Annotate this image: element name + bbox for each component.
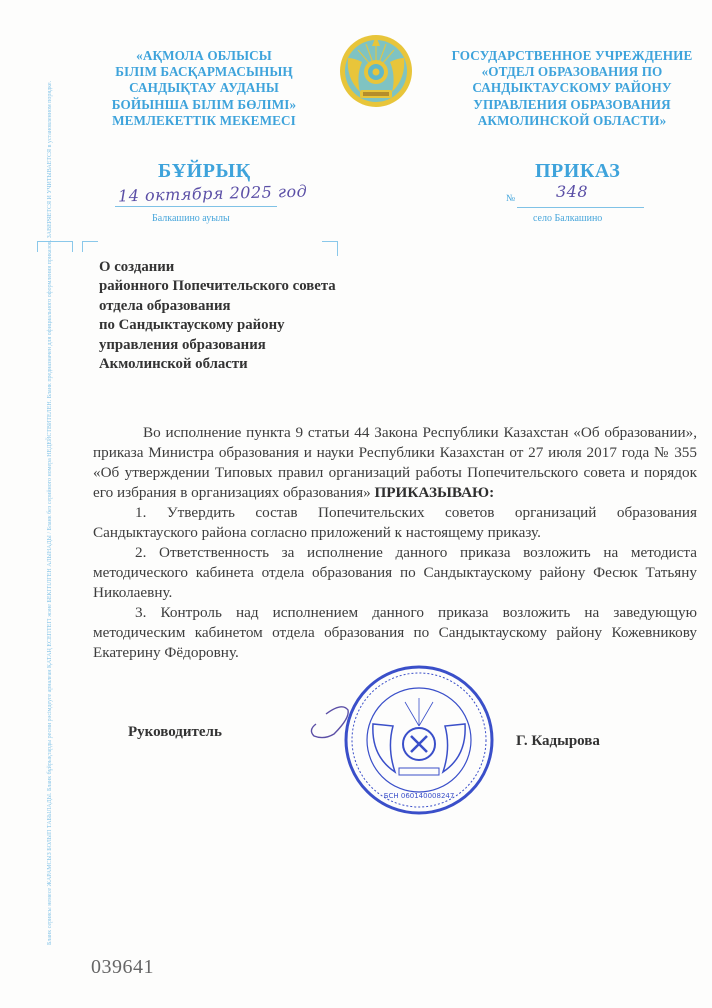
signer-title: Руководитель [128,724,222,741]
date-underline [115,206,277,207]
corner-mark [82,241,98,252]
subject-line: управления образования [99,336,336,355]
order-word: ПРИКАЗЫВАЮ: [374,484,494,501]
blank-form-margin-text: Бланк сериясы немесе ЖАРАМСЫЗ БОЛЫП ТАБЫ… [46,255,54,945]
order-date: 14 октября 2025 год [118,182,308,206]
state-emblem-icon [338,28,414,114]
header-kazakh-org-name: «АҚМОЛА ОБЛЫСЫ БІЛІМ БАСҚАРМАСЫНЫҢ САНДЫ… [96,48,312,129]
header-russian-org-name: ГОСУДАРСТВЕННОЕ УЧРЕЖДЕНИЕ «ОТДЕЛ ОБРАЗО… [436,48,708,129]
place-russian: село Балкашино [533,213,602,224]
order-number: 348 [556,182,588,201]
order-item: 3. Контроль над исполнением данного прик… [93,603,697,663]
header-left-line: БІЛІМ БАСҚАРМАСЫНЫҢ [96,64,312,80]
header-left-line: МЕМЛЕКЕТТІК МЕКЕМЕСІ [96,113,312,129]
handwritten-signature-icon [306,700,366,750]
order-item: 1. Утвердить состав Попечительских совет… [93,503,697,543]
seal-bin: БСН 060140008247 [384,792,455,800]
header-left-line: «АҚМОЛА ОБЛЫСЫ [96,48,312,64]
place-kazakh: Балкашино ауылы [152,213,230,224]
preamble-paragraph: Во исполнение пункта 9 статьи 44 Закона … [93,423,697,503]
subject-line: районного Попечительского совета [99,277,336,296]
header-right-line: УПРАВЛЕНИЯ ОБРАЗОВАНИЯ [436,97,708,113]
subject-line: отдела образования [99,297,336,316]
order-subject: О создании районного Попечительского сов… [99,258,336,374]
header-right-line: САНДЫКТАУСКОМУ РАЙОНУ [436,80,708,96]
header-left-line: БОЙЫНША БІЛІМ БӨЛІМІ» [96,97,312,113]
header-right-line: ГОСУДАРСТВЕННОЕ УЧРЕЖДЕНИЕ [436,48,708,64]
signer-name: Г. Кадырова [516,733,600,750]
corner-mark [322,241,338,256]
order-body: Во исполнение пункта 9 статьи 44 Закона … [93,423,697,663]
subject-line: Акмолинской области [99,355,336,374]
order-number-label: № [506,194,515,204]
order-title-kazakh: БҰЙРЫҚ [158,160,251,183]
number-underline [517,207,644,208]
header-right-line: «ОТДЕЛ ОБРАЗОВАНИЯ ПО [436,64,708,80]
header-right-line: АКМОЛИНСКОЙ ОБЛАСТИ» [436,113,708,129]
subject-line: по Сандыктаускому району [99,316,336,335]
order-item: 2. Ответственность за исполнение данного… [93,543,697,603]
document-serial-number: 039641 [91,956,154,979]
order-title-russian: ПРИКАЗ [535,160,620,183]
corner-mark [57,241,73,252]
header-left-line: САНДЫҚТАУ АУДАНЫ [96,80,312,96]
subject-line: О создании [99,258,336,277]
